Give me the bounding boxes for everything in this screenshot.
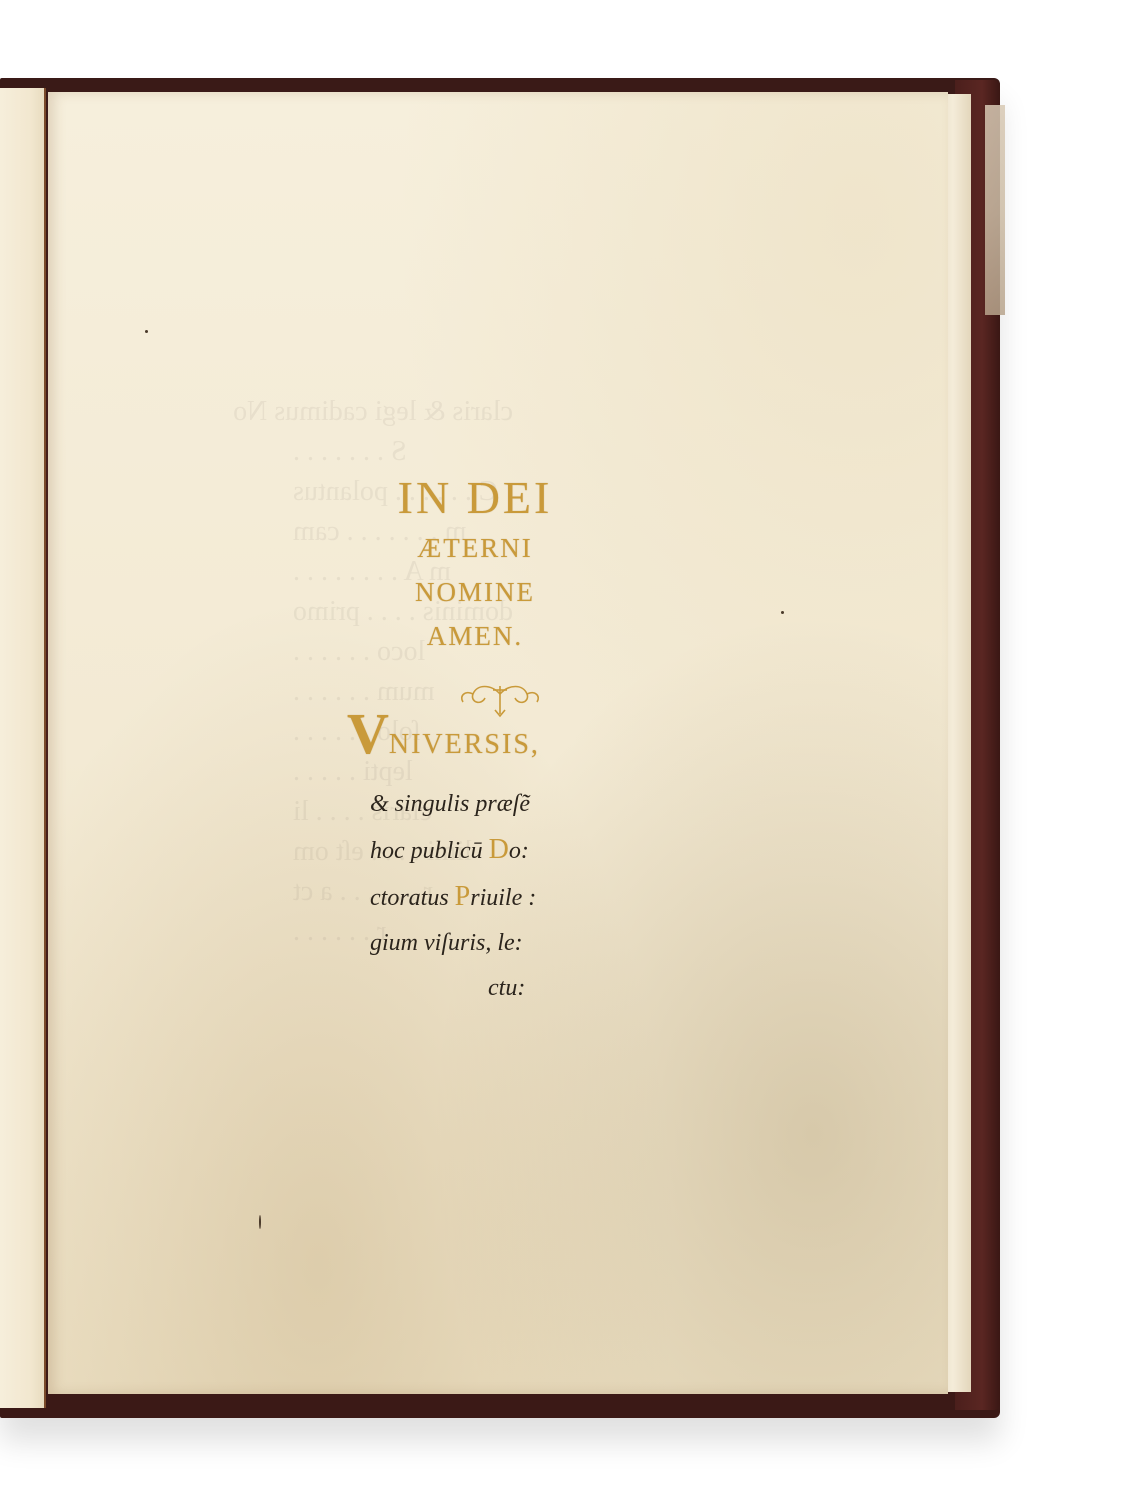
body-text: & singulis præſẽ hoc publicū Do: ctoratu… [370,782,610,1011]
page-mark [259,1215,261,1229]
heading-line-4: AMEN. [345,614,605,658]
left-page-edge [0,88,46,1408]
page-speck [145,330,148,333]
cover-worn-patch [985,105,1005,315]
page-speck [781,611,784,614]
body-line-3: ctoratus Priuile : [370,874,610,921]
initial-line: VNIVERSIS, [347,700,540,767]
illuminated-initial: V [347,701,389,766]
body-line-1: & singulis præſẽ [370,782,610,827]
body-line-4: gium viſuris, le: [370,921,610,966]
body-line-5: ctu: [370,966,610,1011]
initial-word-rest: NIVERSIS, [389,729,540,760]
heading-line-1: IN DEI [345,470,605,526]
heading-line-2: ÆTERNI [345,526,605,570]
gold-capital-D: D [489,834,509,865]
body-line-2: hoc publicū Do: [370,827,610,874]
gold-capital-P: P [455,881,471,912]
heading-line-3: NOMINE [345,570,605,614]
title-heading: IN DEI ÆTERNI NOMINE AMEN. [345,470,605,658]
